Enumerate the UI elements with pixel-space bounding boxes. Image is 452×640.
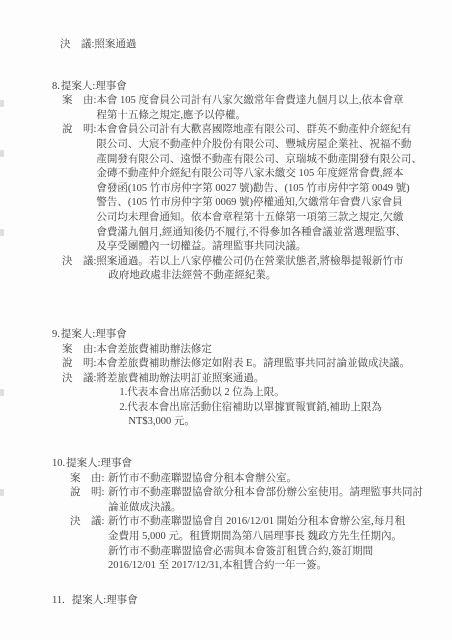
text-line: 新竹市不動產聯盟協會自 2016/12/01 開始分租本會辦公室,每月租 xyxy=(108,515,428,530)
text-line: 論並做成決議。 xyxy=(108,501,428,516)
scan-artifact xyxy=(0,389,4,396)
row-label: 決 議: xyxy=(62,372,96,387)
proposal-heading: 11.提案人:理事會 xyxy=(52,594,428,609)
row-label: 案 由: xyxy=(62,343,96,358)
row-label: 說 明: xyxy=(62,357,96,372)
sections-container: 8.提案人:理事會案 由:本會 105 度會員公司計有八家欠繳常年會費達九個月以… xyxy=(52,80,428,609)
text-line: 新竹市不動產聯盟協會欲分租本會部份辦公室使用。請理監事共同討 xyxy=(108,486,428,501)
top-resolution-row: 決 議: 照案通過 xyxy=(60,38,428,53)
proposal-heading: 10.提案人:理事會 xyxy=(52,457,428,472)
row-label: 案 由: xyxy=(62,94,96,109)
labeled-row: 案 由:新竹市不動產聯盟協會分租本會辦公室。 xyxy=(52,472,428,487)
labeled-row: 決 議:新竹市不動產聯盟協會自 2016/12/01 開始分租本會辦公室,每月租… xyxy=(52,515,428,573)
proposal-number: 10. xyxy=(52,458,65,469)
row-label: 決 議: xyxy=(62,255,96,270)
text-line: 警告、(105 竹市房仲字第 0069 號)停權通知,欠繳常年會費八家會員 xyxy=(96,196,428,211)
proposal-section: 8.提案人:理事會案 由:本會 105 度會員公司計有八家欠繳常年會費達九個月以… xyxy=(52,80,428,284)
row-content: 將差旅費補助辦法明訂並照案通過。1.代表本會出席活動以 2 位為上限。2.代表本… xyxy=(96,372,428,430)
text-line: 公司均未理會通知。依本會章程第十五條第一項第三款之規定,欠繳 xyxy=(96,211,428,226)
text-line: 金費用 5,000 元。租賃期間為第八屆理事長 魏政方先生任期內。 xyxy=(108,530,428,545)
row-content: 本會會員公司計有大歡喜國際地產有限公司、群英不動產仲介經紀有限公司、大宸不動產仲… xyxy=(96,123,428,254)
row-content: 照案通過。若以上八家停權公司仍在營業狀態者,將檢舉提報新竹市政府地政處非法經營不… xyxy=(96,255,428,284)
scan-artifact xyxy=(0,489,4,496)
text-line: 新竹市不動產聯盟協會分租本會辦公室。 xyxy=(108,472,428,487)
row-content: 新竹市不動產聯盟協會欲分租本會部份辦公室使用。請理監事共同討論並做成決議。 xyxy=(108,486,428,515)
row-content: 本會差旅費補助辦法修定如附表 E。請理監事共同討論並做成決議。 xyxy=(96,357,428,372)
text-line: 會費滿九個月,經通知後仍不履行,不得參加各種會議並當選理監事、 xyxy=(96,226,428,241)
proposer-label: 提案人:理事會 xyxy=(66,458,132,469)
text-line: 程第十五條之規定,應予以停權。 xyxy=(96,109,428,124)
scan-artifact xyxy=(0,229,4,236)
resolution-text: 照案通過 xyxy=(94,38,428,53)
proposal-section: 10.提案人:理事會案 由:新竹市不動產聯盟協會分租本會辦公室。說 明:新竹市不… xyxy=(52,457,428,574)
text-line: 本會差旅費補助辦法修定 xyxy=(96,343,428,358)
labeled-row: 說 明:本會差旅費補助辦法修定如附表 E。請理監事共同討論並做成決議。 xyxy=(52,357,428,372)
text-line: 1.代表本會出席活動以 2 位為上限。 xyxy=(119,386,428,401)
row-label: 決 議: xyxy=(70,515,108,530)
proposer-label: 提案人:理事會 xyxy=(61,329,127,340)
text-line: 2.代表本會出席活動住宿補助以單據實報實銷,補助上限為 xyxy=(119,401,428,416)
proposal-number: 11. xyxy=(52,595,65,606)
text-line: 將差旅費補助辦法明訂並照案通過。 xyxy=(96,372,428,387)
proposal-section: 11.提案人:理事會 xyxy=(52,594,428,609)
text-line: 政府地政處非法經營不動產經紀業。 xyxy=(108,269,428,284)
labeled-row: 決 議:照案通過。若以上八家停權公司仍在營業狀態者,將檢舉提報新竹市政府地政處非… xyxy=(52,255,428,284)
labeled-row: 案 由:本會差旅費補助辦法修定 xyxy=(52,343,428,358)
labeled-row: 案 由:本會 105 度會員公司計有八家欠繳常年會費達九個月以上,依本會章程第十… xyxy=(52,94,428,123)
text-line: 新竹市不動產聯盟協會必需與本會簽訂租賃合約,簽訂期間 xyxy=(108,545,428,560)
proposal-number: 8. xyxy=(52,81,60,92)
text-line: 照案通過。若以上八家停權公司仍在營業狀態者,將檢舉提報新竹市 xyxy=(96,255,428,270)
proposer-label: 提案人:理事會 xyxy=(72,595,138,606)
row-label: 說 明: xyxy=(62,123,96,138)
labeled-row: 說 明:新竹市不動產聯盟協會欲分租本會部份辦公室使用。請理監事共同討論並做成決議… xyxy=(52,486,428,515)
resolution-label: 決 議: xyxy=(60,38,94,53)
text-line: 本會 105 度會員公司計有八家欠繳常年會費達九個月以上,依本會章 xyxy=(96,94,428,109)
row-label: 案 由: xyxy=(70,472,108,487)
scan-artifact xyxy=(0,150,4,157)
labeled-row: 決 議:將差旅費補助辦法明訂並照案通過。1.代表本會出席活動以 2 位為上限。2… xyxy=(52,372,428,430)
scan-artifact xyxy=(0,100,4,107)
proposal-section: 9.提案人:理事會案 由:本會差旅費補助辦法修定說 明:本會差旅費補助辦法修定如… xyxy=(52,328,428,430)
document-page: 決 議: 照案通過 8.提案人:理事會案 由:本會 105 度會員公司計有八家欠… xyxy=(0,0,452,640)
row-content: 新竹市不動產聯盟協會自 2016/12/01 開始分租本會辦公室,每月租金費用 … xyxy=(108,515,428,573)
row-label: 說 明: xyxy=(70,486,108,501)
row-content: 本會差旅費補助辦法修定 xyxy=(96,343,428,358)
text-line: NT$3,000 元。 xyxy=(128,415,428,430)
text-line: 限公司、大宸不動產仲介股份有限公司、豐城房屋企業社、祝福不動 xyxy=(96,138,428,153)
proposer-label: 提案人:理事會 xyxy=(61,81,127,92)
proposal-number: 9. xyxy=(52,329,60,340)
labeled-row: 說 明:本會會員公司計有大歡喜國際地產有限公司、群英不動產仲介經紀有限公司、大宸… xyxy=(52,123,428,254)
text-line: 及享受團體內一切權益。請理監事共同決議。 xyxy=(96,240,428,255)
text-line: 本會差旅費補助辦法修定如附表 E。請理監事共同討論並做成決議。 xyxy=(96,357,428,372)
proposal-heading: 8.提案人:理事會 xyxy=(52,80,428,95)
text-line: 本會會員公司計有大歡喜國際地產有限公司、群英不動產仲介經紀有 xyxy=(96,123,428,138)
text-line: 產開發有限公司、遠憬不動產有限公司、京瑞城不動產開發有限公司、 xyxy=(96,153,428,168)
text-line: 2016/12/01 至 2017/12/31,本租賃合約一年一簽。 xyxy=(108,559,428,574)
text-line: 金磚不動產仲介經紀有限公司等八家未繳交 105 年度經常會費,經本 xyxy=(96,167,428,182)
text-line: 會發函(105 竹市房仲字第 0027 號)勸告、(105 竹市房仲字第 004… xyxy=(96,182,428,197)
proposal-heading: 9.提案人:理事會 xyxy=(52,328,428,343)
row-content: 本會 105 度會員公司計有八家欠繳常年會費達九個月以上,依本會章程第十五條之規… xyxy=(96,94,428,123)
row-content: 新竹市不動產聯盟協會分租本會辦公室。 xyxy=(108,472,428,487)
